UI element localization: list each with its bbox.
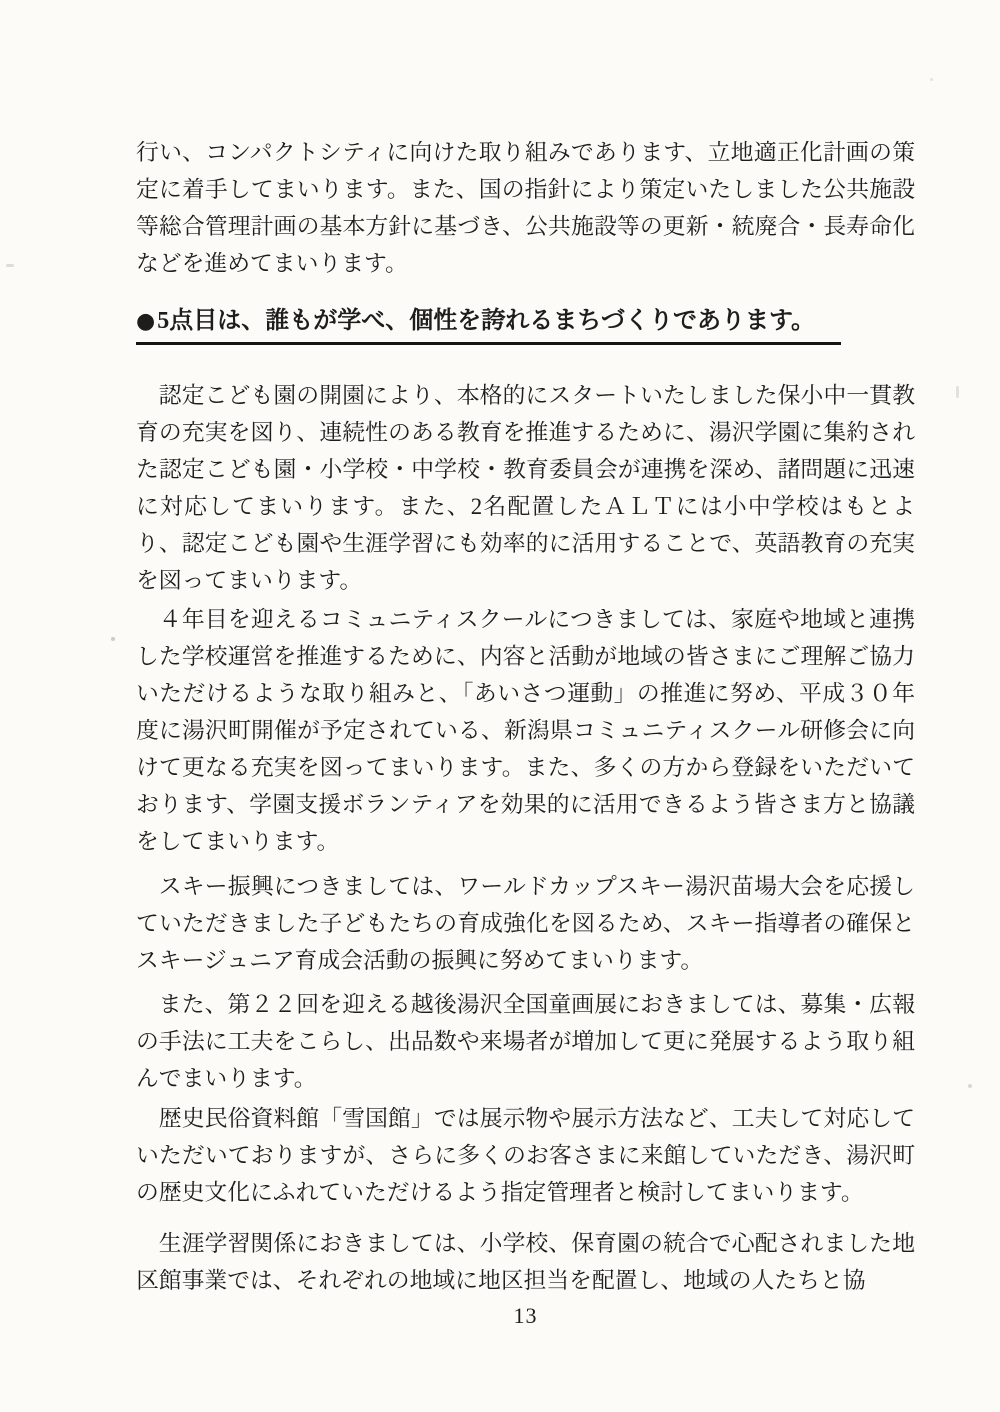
page-content: 行い、コンパクトシティに向けた取り組みであります、立地適正化計画の策定に着手して… — [136, 134, 915, 1331]
intro-paragraph: 行い、コンパクトシティに向けた取り組みであります、立地適正化計画の策定に着手して… — [136, 134, 915, 282]
body-paragraph: 生涯学習関係におきましては、小学校、保育園の統合で心配されました地区館事業では、… — [136, 1225, 915, 1299]
document-page: 行い、コンパクトシティに向けた取り組みであります、立地適正化計画の策定に着手して… — [0, 0, 1000, 1412]
scan-speck — [956, 386, 959, 398]
bullet-icon: ● — [136, 309, 155, 334]
scan-speck — [111, 637, 115, 641]
scan-speck — [968, 1084, 972, 1088]
section-heading-text: 5点目は、誰もが学べ、個性を誇れるまちづくりであります。 — [157, 308, 815, 334]
body-paragraph: 歴史民俗資料館「雪国館」では展示物や展示方法など、工夫して対応していただいており… — [136, 1100, 915, 1211]
section-heading-underline: ●5点目は、誰もが学べ、個性を誇れるまちづくりであります。 — [136, 303, 841, 345]
scan-speck — [6, 264, 14, 267]
body-paragraph: スキー振興につきましては、ワールドカップスキー湯沢苗場大会を応援していただきまし… — [136, 868, 915, 979]
scan-speck — [930, 78, 933, 81]
body-paragraph: また、第２２回を迎える越後湯沢全国童画展におきましては、募集・広報の手法に工夫を… — [136, 986, 915, 1097]
body-paragraph: ４年目を迎えるコミュニティスクールにつきましては、家庭や地域と連携した学校運営を… — [136, 601, 915, 860]
page-number: 13 — [136, 1301, 915, 1331]
section-heading: ●5点目は、誰もが学べ、個性を誇れるまちづくりであります。 — [136, 303, 915, 346]
body-paragraph: 認定こども園の開園により、本格的にスタートいたしました保小中一貫教育の充実を図り… — [136, 377, 915, 599]
